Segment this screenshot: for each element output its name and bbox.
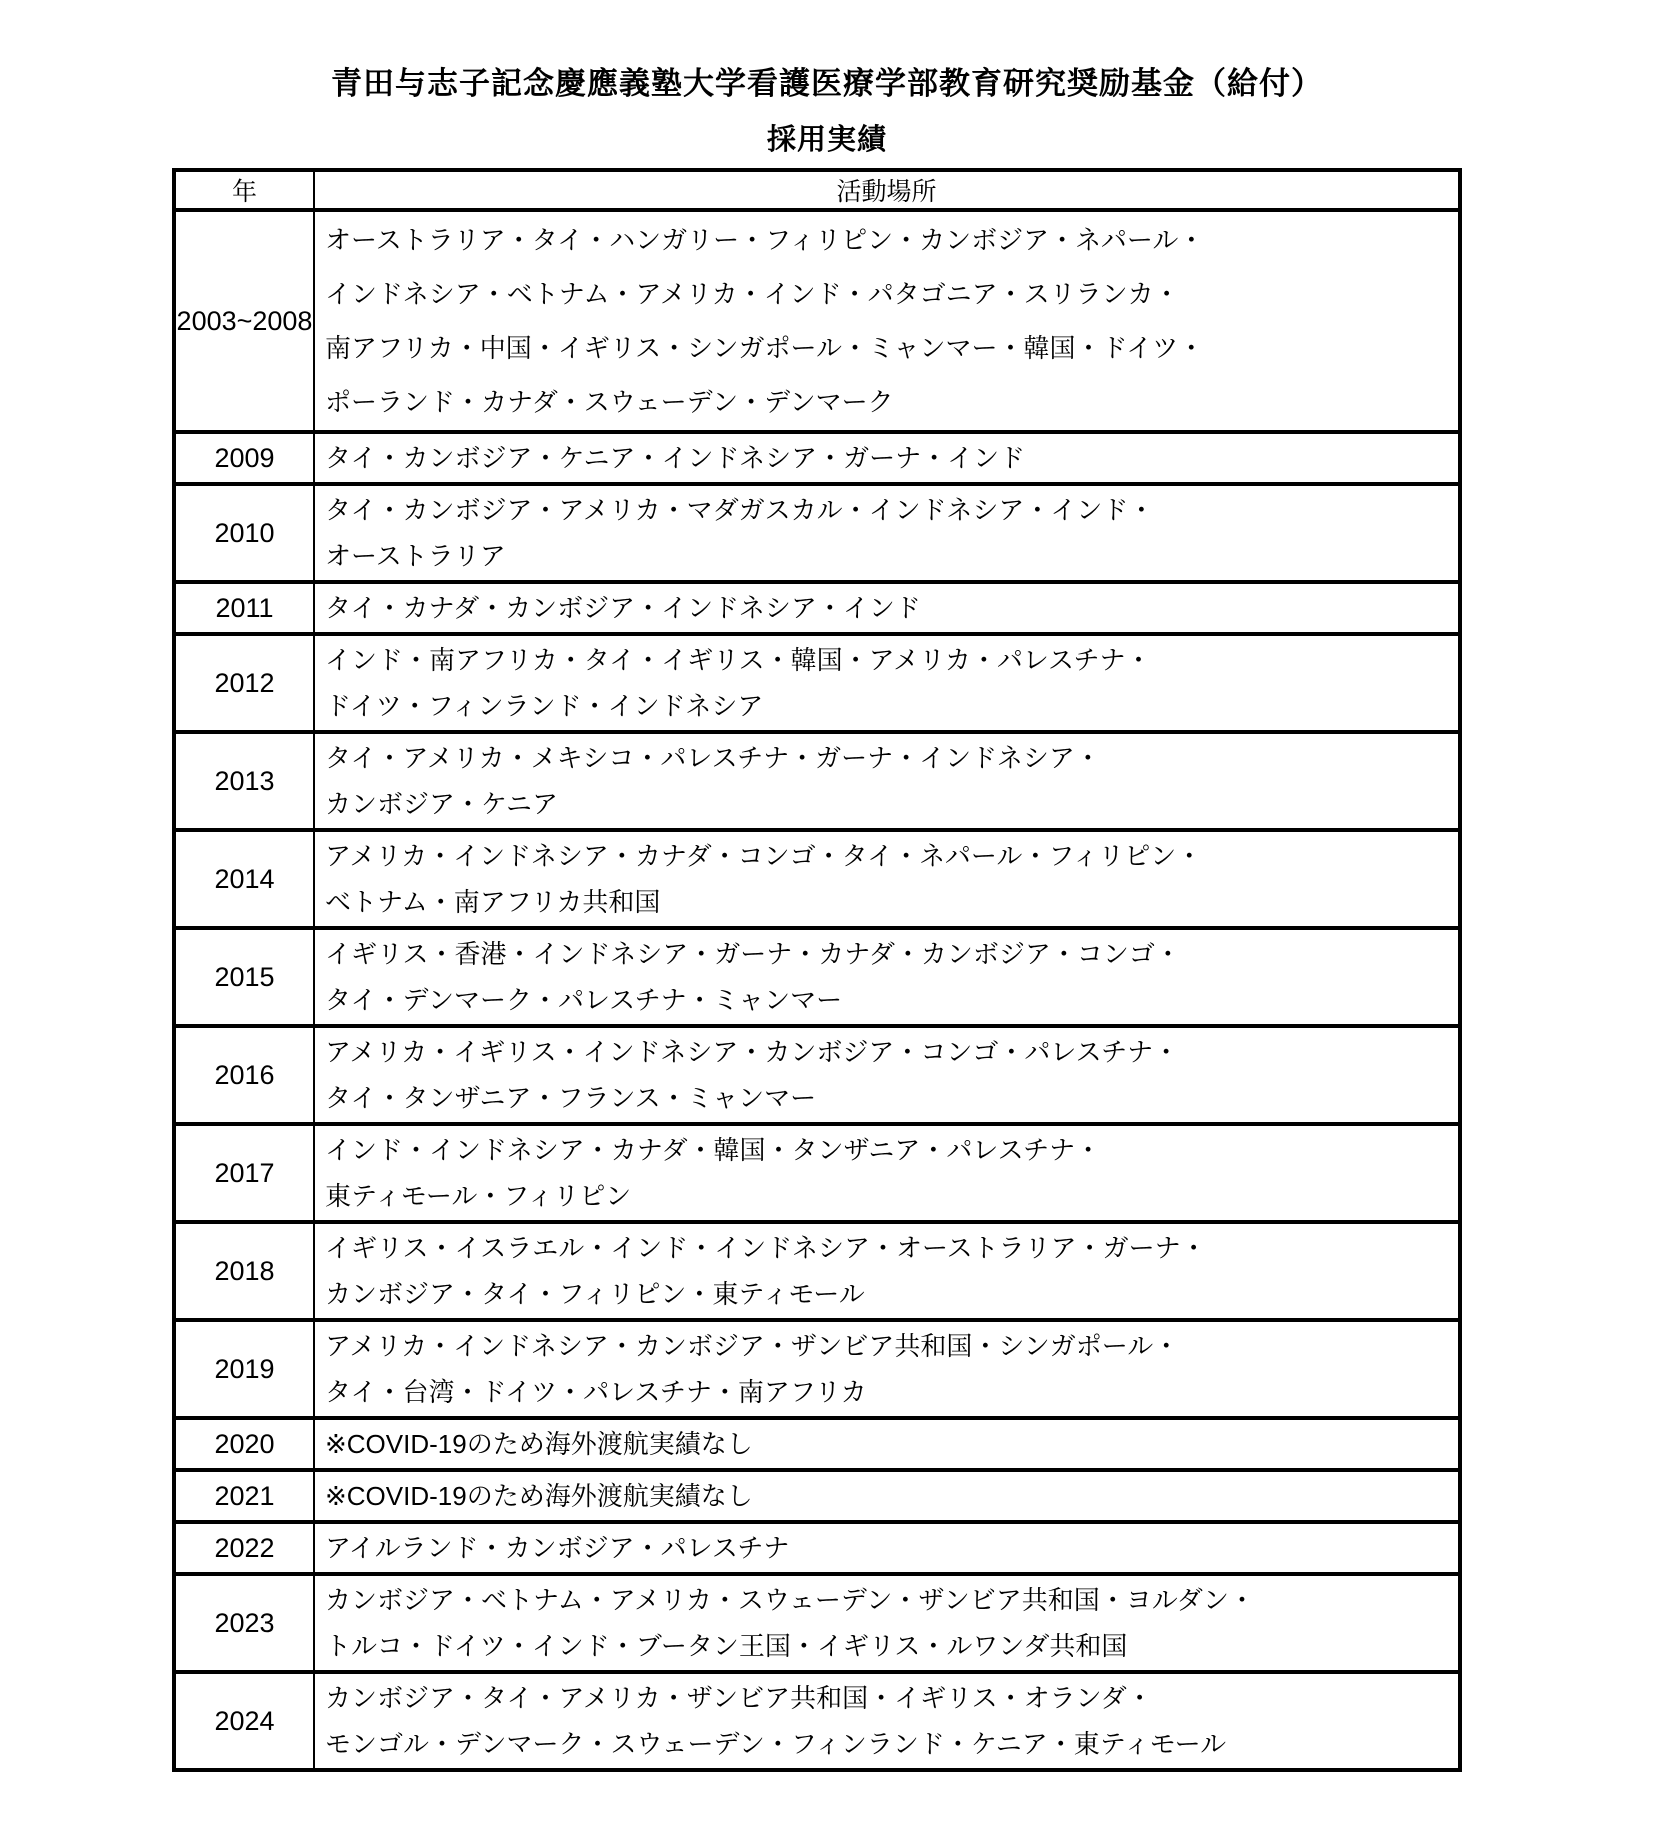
location-line: ※COVID-19のため海外渡航実績なし xyxy=(325,1421,1448,1467)
location-line: タイ・デンマーク・パレスチナ・ミャンマー xyxy=(325,977,1448,1023)
table-row: 2019アメリカ・インドネシア・カンボジア・ザンビア共和国・シンガポール・タイ・… xyxy=(174,1320,1460,1418)
location-line: ※COVID-19のため海外渡航実績なし xyxy=(325,1473,1448,1519)
year-cell: 2020 xyxy=(174,1418,314,1470)
year-cell: 2009 xyxy=(174,432,314,484)
year-cell: 2019 xyxy=(174,1320,314,1418)
locations-cell: インド・インドネシア・カナダ・韓国・タンザニア・パレスチナ・東ティモール・フィリ… xyxy=(314,1124,1460,1222)
locations-cell: アメリカ・イギリス・インドネシア・カンボジア・コンゴ・パレスチナ・タイ・タンザニ… xyxy=(314,1026,1460,1124)
table-row: 2021※COVID-19のため海外渡航実績なし xyxy=(174,1470,1460,1522)
location-line: ベトナム・南アフリカ共和国 xyxy=(325,879,1448,925)
year-cell: 2003~2008 xyxy=(174,210,314,432)
location-line: カンボジア・タイ・アメリカ・ザンビア共和国・イギリス・オランダ・ xyxy=(325,1675,1448,1721)
location-line: タイ・カンボジア・アメリカ・マダガスカル・インドネシア・インド・ xyxy=(325,487,1448,533)
location-line: オーストラリア・タイ・ハンガリー・フィリピン・カンボジア・ネパール・ xyxy=(325,213,1448,267)
location-line: タイ・カンボジア・ケニア・インドネシア・ガーナ・インド xyxy=(325,435,1448,481)
locations-cell: アメリカ・インドネシア・カナダ・コンゴ・タイ・ネパール・フィリピン・ベトナム・南… xyxy=(314,830,1460,928)
location-line: オーストラリア xyxy=(325,533,1448,579)
table-body: 2003~2008オーストラリア・タイ・ハンガリー・フィリピン・カンボジア・ネパ… xyxy=(174,210,1460,1770)
location-line: モンゴル・デンマーク・スウェーデン・フィンランド・ケニア・東ティモール xyxy=(325,1721,1448,1767)
year-cell: 2012 xyxy=(174,634,314,732)
locations-cell: アイルランド・カンボジア・パレスチナ xyxy=(314,1522,1460,1574)
table-header-row: 年 活動場所 xyxy=(174,170,1460,210)
location-line: イギリス・イスラエル・インド・インドネシア・オーストラリア・ガーナ・ xyxy=(325,1225,1448,1271)
location-line: カンボジア・ケニア xyxy=(325,781,1448,827)
location-line: インド・インドネシア・カナダ・韓国・タンザニア・パレスチナ・ xyxy=(325,1127,1448,1173)
year-cell: 2017 xyxy=(174,1124,314,1222)
location-line: タイ・カナダ・カンボジア・インドネシア・インド xyxy=(325,585,1448,631)
location-line: 東ティモール・フィリピン xyxy=(325,1173,1448,1219)
locations-cell: カンボジア・ベトナム・アメリカ・スウェーデン・ザンビア共和国・ヨルダン・トルコ・… xyxy=(314,1574,1460,1672)
table-row: 2015イギリス・香港・インドネシア・ガーナ・カナダ・カンボジア・コンゴ・タイ・… xyxy=(174,928,1460,1026)
location-line: ドイツ・フィンランド・インドネシア xyxy=(325,683,1448,729)
location-line: カンボジア・ベトナム・アメリカ・スウェーデン・ザンビア共和国・ヨルダン・ xyxy=(325,1577,1448,1623)
location-line: タイ・台湾・ドイツ・パレスチナ・南アフリカ xyxy=(325,1369,1448,1415)
document-title: 青田与志子記念慶應義塾大学看護医療学部教育研究奨励基金（給付） xyxy=(0,0,1654,103)
location-line: インド・南アフリカ・タイ・イギリス・韓国・アメリカ・パレスチナ・ xyxy=(325,637,1448,683)
table-row: 2020※COVID-19のため海外渡航実績なし xyxy=(174,1418,1460,1470)
year-cell: 2015 xyxy=(174,928,314,1026)
year-cell: 2016 xyxy=(174,1026,314,1124)
table-row: 2017インド・インドネシア・カナダ・韓国・タンザニア・パレスチナ・東ティモール… xyxy=(174,1124,1460,1222)
year-cell: 2023 xyxy=(174,1574,314,1672)
results-table: 年 活動場所 2003~2008オーストラリア・タイ・ハンガリー・フィリピン・カ… xyxy=(172,168,1462,1772)
year-cell: 2018 xyxy=(174,1222,314,1320)
table-row: 2018イギリス・イスラエル・インド・インドネシア・オーストラリア・ガーナ・カン… xyxy=(174,1222,1460,1320)
locations-cell: アメリカ・インドネシア・カンボジア・ザンビア共和国・シンガポール・タイ・台湾・ド… xyxy=(314,1320,1460,1418)
table-row: 2012インド・南アフリカ・タイ・イギリス・韓国・アメリカ・パレスチナ・ドイツ・… xyxy=(174,634,1460,732)
locations-cell: カンボジア・タイ・アメリカ・ザンビア共和国・イギリス・オランダ・モンゴル・デンマ… xyxy=(314,1672,1460,1770)
document-subtitle: 採用実績 xyxy=(0,117,1654,158)
year-cell: 2011 xyxy=(174,582,314,634)
table-row: 2016アメリカ・イギリス・インドネシア・カンボジア・コンゴ・パレスチナ・タイ・… xyxy=(174,1026,1460,1124)
locations-cell: オーストラリア・タイ・ハンガリー・フィリピン・カンボジア・ネパール・インドネシア… xyxy=(314,210,1460,432)
location-line: ポーランド・カナダ・スウェーデン・デンマーク xyxy=(325,375,1448,429)
year-cell: 2010 xyxy=(174,484,314,582)
year-cell: 2013 xyxy=(174,732,314,830)
locations-cell: タイ・アメリカ・メキシコ・パレスチナ・ガーナ・インドネシア・カンボジア・ケニア xyxy=(314,732,1460,830)
table-row: 2003~2008オーストラリア・タイ・ハンガリー・フィリピン・カンボジア・ネパ… xyxy=(174,210,1460,432)
locations-cell: タイ・カンボジア・ケニア・インドネシア・ガーナ・インド xyxy=(314,432,1460,484)
year-cell: 2014 xyxy=(174,830,314,928)
table-row: 2023カンボジア・ベトナム・アメリカ・スウェーデン・ザンビア共和国・ヨルダン・… xyxy=(174,1574,1460,1672)
location-line: イギリス・香港・インドネシア・ガーナ・カナダ・カンボジア・コンゴ・ xyxy=(325,931,1448,977)
table-row: 2013タイ・アメリカ・メキシコ・パレスチナ・ガーナ・インドネシア・カンボジア・… xyxy=(174,732,1460,830)
location-line: アメリカ・インドネシア・カンボジア・ザンビア共和国・シンガポール・ xyxy=(325,1323,1448,1369)
locations-cell: インド・南アフリカ・タイ・イギリス・韓国・アメリカ・パレスチナ・ドイツ・フィンラ… xyxy=(314,634,1460,732)
locations-cell: タイ・カンボジア・アメリカ・マダガスカル・インドネシア・インド・オーストラリア xyxy=(314,484,1460,582)
year-column-header: 年 xyxy=(174,170,314,210)
locations-cell: ※COVID-19のため海外渡航実績なし xyxy=(314,1418,1460,1470)
locations-cell: イギリス・イスラエル・インド・インドネシア・オーストラリア・ガーナ・カンボジア・… xyxy=(314,1222,1460,1320)
location-line: カンボジア・タイ・フィリピン・東ティモール xyxy=(325,1271,1448,1317)
table-row: 2014アメリカ・インドネシア・カナダ・コンゴ・タイ・ネパール・フィリピン・ベト… xyxy=(174,830,1460,928)
location-column-header: 活動場所 xyxy=(314,170,1460,210)
year-cell: 2022 xyxy=(174,1522,314,1574)
location-line: アイルランド・カンボジア・パレスチナ xyxy=(325,1525,1448,1571)
locations-cell: ※COVID-19のため海外渡航実績なし xyxy=(314,1470,1460,1522)
location-line: タイ・アメリカ・メキシコ・パレスチナ・ガーナ・インドネシア・ xyxy=(325,735,1448,781)
table-row: 2010タイ・カンボジア・アメリカ・マダガスカル・インドネシア・インド・オースト… xyxy=(174,484,1460,582)
location-line: 南アフリカ・中国・イギリス・シンガポール・ミャンマー・韓国・ドイツ・ xyxy=(325,321,1448,375)
table-row: 2009タイ・カンボジア・ケニア・インドネシア・ガーナ・インド xyxy=(174,432,1460,484)
table-row: 2011タイ・カナダ・カンボジア・インドネシア・インド xyxy=(174,582,1460,634)
year-cell: 2021 xyxy=(174,1470,314,1522)
year-cell: 2024 xyxy=(174,1672,314,1770)
document-page: 青田与志子記念慶應義塾大学看護医療学部教育研究奨励基金（給付） 採用実績 年 活… xyxy=(0,0,1654,1829)
locations-cell: イギリス・香港・インドネシア・ガーナ・カナダ・カンボジア・コンゴ・タイ・デンマー… xyxy=(314,928,1460,1026)
location-line: タイ・タンザニア・フランス・ミャンマー xyxy=(325,1075,1448,1121)
location-line: インドネシア・ベトナム・アメリカ・インド・パタゴニア・スリランカ・ xyxy=(325,267,1448,321)
table-row: 2022アイルランド・カンボジア・パレスチナ xyxy=(174,1522,1460,1574)
locations-cell: タイ・カナダ・カンボジア・インドネシア・インド xyxy=(314,582,1460,634)
table-row: 2024カンボジア・タイ・アメリカ・ザンビア共和国・イギリス・オランダ・モンゴル… xyxy=(174,1672,1460,1770)
location-line: アメリカ・インドネシア・カナダ・コンゴ・タイ・ネパール・フィリピン・ xyxy=(325,833,1448,879)
location-line: トルコ・ドイツ・インド・ブータン王国・イギリス・ルワンダ共和国 xyxy=(325,1623,1448,1669)
location-line: アメリカ・イギリス・インドネシア・カンボジア・コンゴ・パレスチナ・ xyxy=(325,1029,1448,1075)
